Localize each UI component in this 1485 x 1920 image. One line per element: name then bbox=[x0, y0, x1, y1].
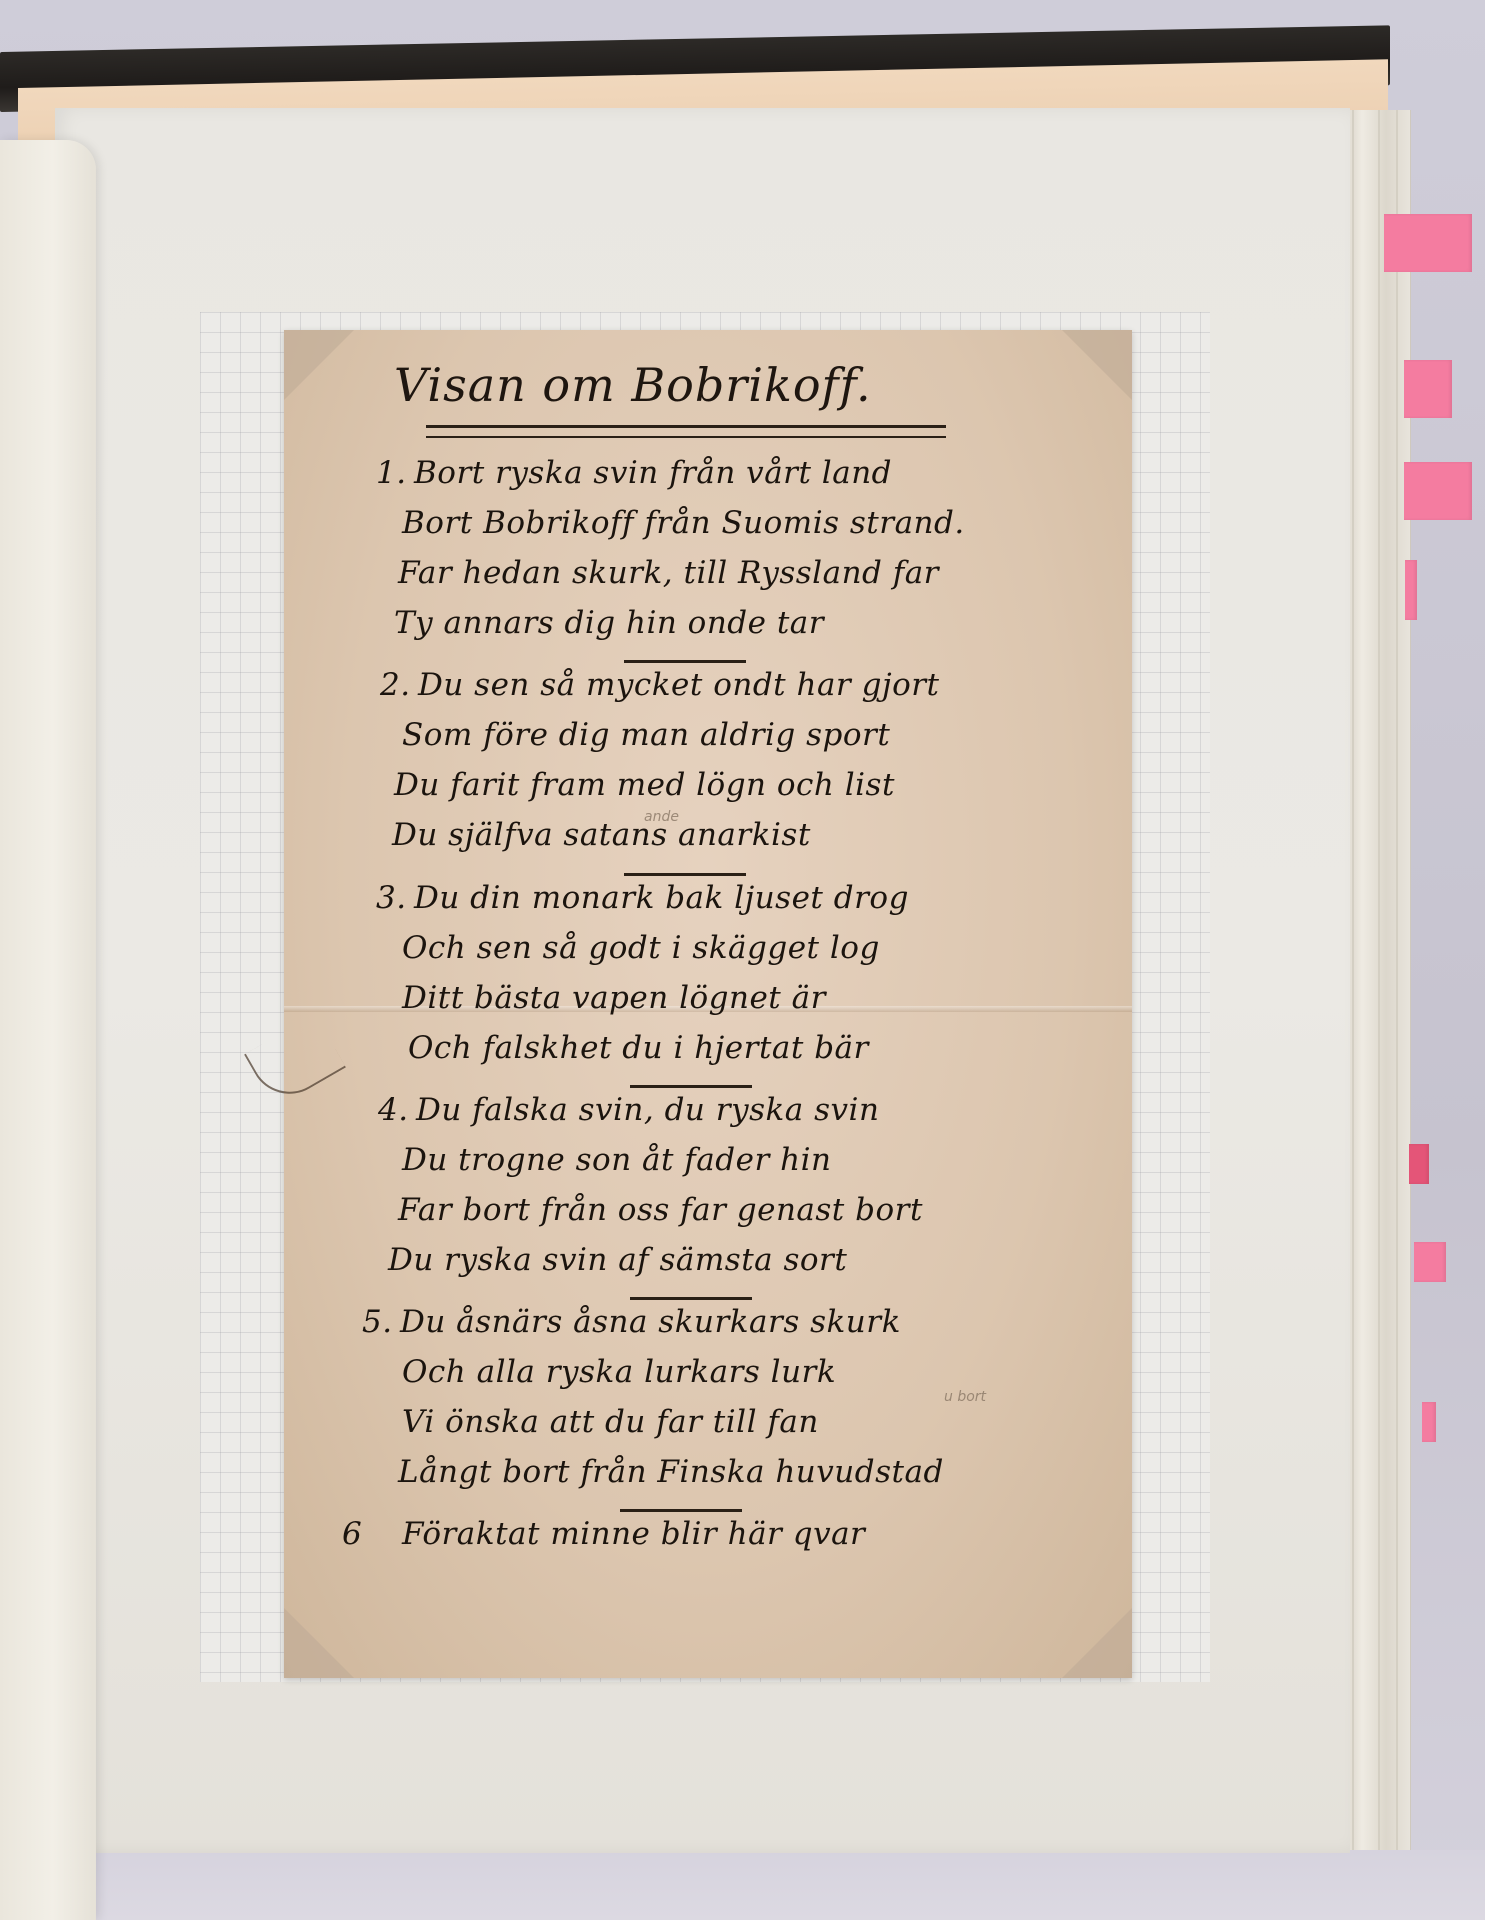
index-tab[interactable] bbox=[1405, 560, 1417, 620]
album-left-page-curl bbox=[0, 140, 96, 1920]
verse-number: 4. bbox=[378, 1092, 416, 1128]
manuscript-title: Visan om Bobrikoff. bbox=[394, 358, 872, 412]
verse-line: Långt bort från Finska huvudstad bbox=[398, 1454, 944, 1490]
verse-line: Du farit fram med lögn och list bbox=[394, 767, 895, 803]
photo-corner bbox=[284, 330, 354, 400]
page-edge bbox=[1352, 110, 1354, 1850]
verse-line: Som före dig man aldrig sport bbox=[402, 717, 890, 753]
verse-line: Far hedan skurk, till Ryssland far bbox=[398, 555, 939, 591]
index-tab[interactable] bbox=[1384, 214, 1472, 272]
verse-number: 1. bbox=[376, 455, 414, 491]
manuscript-sheet: Visan om Bobrikoff. 1.Bort ryska svin fr… bbox=[284, 330, 1132, 1678]
table-surface bbox=[0, 1850, 1485, 1920]
verse-line: Far bort från oss far genast bort bbox=[398, 1192, 923, 1228]
verse-separator bbox=[630, 1085, 752, 1088]
title-double-underline bbox=[426, 425, 946, 438]
verse-line: Du trogne son åt fader hin bbox=[402, 1142, 831, 1178]
verse-separator bbox=[620, 1509, 742, 1512]
verse-line: 6Föraktat minne blir här qvar bbox=[342, 1516, 865, 1552]
verse-line: Ty annars dig hin onde tar bbox=[394, 605, 824, 641]
page-edge bbox=[1378, 110, 1380, 1850]
photo-corner bbox=[284, 1608, 354, 1678]
index-tab[interactable] bbox=[1404, 462, 1472, 520]
verse-number: 2. bbox=[380, 667, 418, 703]
verse-number: 3. bbox=[376, 880, 414, 916]
page-edge bbox=[1396, 110, 1398, 1850]
photo-corner bbox=[1062, 330, 1132, 400]
verse-line: Du själfva satans anarkist bbox=[392, 817, 811, 853]
pencil-annotation: u bort bbox=[944, 1389, 986, 1405]
verse-line: Och alla ryska lurkars lurk bbox=[402, 1354, 836, 1390]
photo-corner bbox=[1062, 1608, 1132, 1678]
verse-line: 2.Du sen så mycket ondt har gjort bbox=[380, 667, 940, 703]
verse-line: 3.Du din monark bak ljuset drog bbox=[376, 880, 909, 916]
verse-number: 6 bbox=[342, 1516, 402, 1552]
verse-line: Du ryska svin af sämsta sort bbox=[388, 1242, 847, 1278]
index-tab[interactable] bbox=[1404, 360, 1452, 418]
verse-number: 5. bbox=[362, 1304, 400, 1340]
verse-line: Och sen så godt i skägget log bbox=[402, 930, 880, 966]
verse-line: Och falskhet du i hjertat bär bbox=[408, 1030, 869, 1066]
verse-separator bbox=[630, 1297, 752, 1300]
verse-separator bbox=[624, 660, 746, 663]
verse-line: Vi önska att du far till fan bbox=[402, 1404, 819, 1440]
index-tab[interactable] bbox=[1422, 1402, 1436, 1442]
index-tab[interactable] bbox=[1409, 1144, 1429, 1184]
verse-line: Ditt bästa vapen lögnet är bbox=[402, 980, 826, 1016]
verse-line: 5.Du åsnärs åsna skurkars skurk bbox=[362, 1304, 901, 1340]
verse-separator bbox=[624, 873, 746, 876]
index-tab[interactable] bbox=[1414, 1242, 1446, 1282]
verse-line: 4.Du falska svin, du ryska svin bbox=[378, 1092, 879, 1128]
verse-line: 1.Bort ryska svin från vårt land bbox=[376, 455, 892, 491]
verse-line: Bort Bobrikoff från Suomis strand. bbox=[402, 505, 965, 541]
